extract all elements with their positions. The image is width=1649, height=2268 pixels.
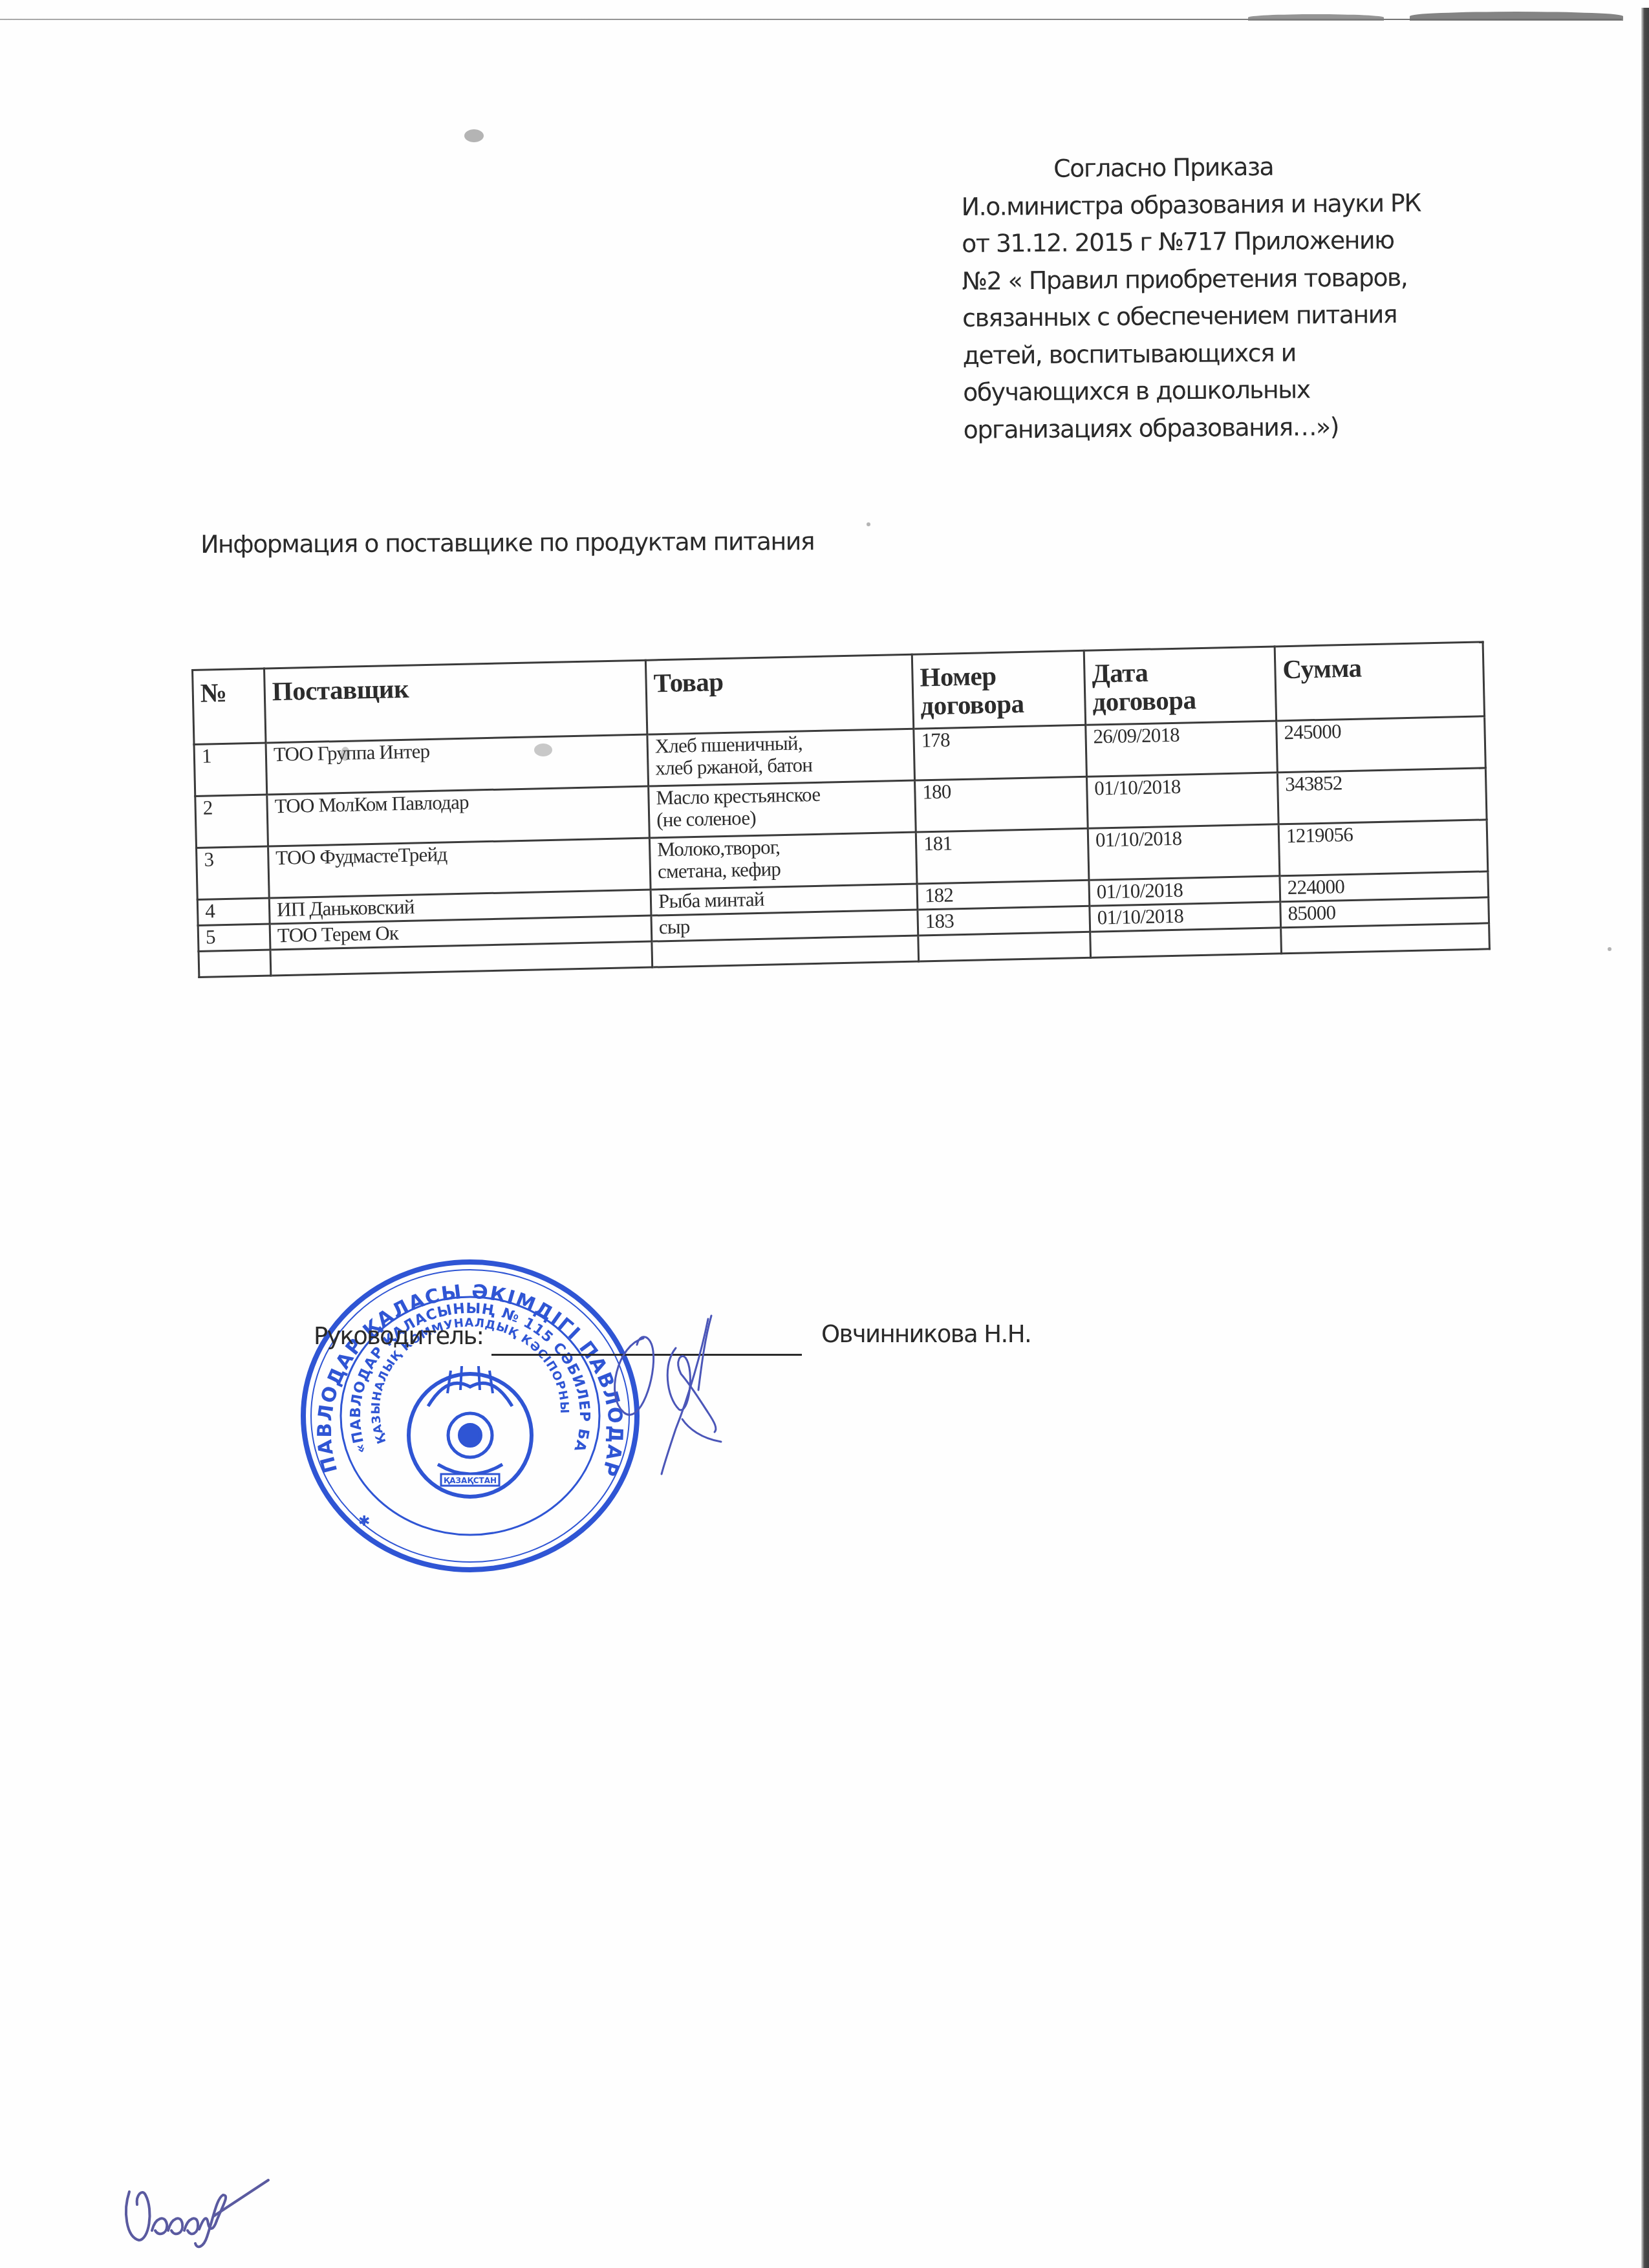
cell-contract-number: 182 [917, 880, 1090, 910]
cell-contract-number: 183 [918, 906, 1090, 936]
order-line: связанных с обеспечением питания [962, 295, 1480, 337]
cell-num: 5 [198, 924, 270, 951]
cell-supplier: ТОО ФудмастеТрейд [268, 838, 651, 898]
column-header-num: № [193, 669, 266, 744]
column-header-contract-number: Номер договора [912, 650, 1085, 729]
cell-contract-date: 01/10/2018 [1090, 902, 1281, 932]
cell-contract-number: 178 [914, 725, 1087, 780]
cell-num: 1 [194, 743, 267, 796]
cell-num: 4 [197, 898, 270, 925]
cell-contract-date: 01/10/2018 [1088, 824, 1280, 880]
cell-contract-number: 180 [915, 776, 1088, 832]
cell-contract-date: 01/10/2018 [1086, 773, 1278, 828]
cell-sum: 1219056 [1278, 820, 1488, 876]
column-header-goods: Товар [645, 654, 913, 734]
stamp-star-icon: ✱ [358, 1513, 370, 1529]
cell-contract-number [918, 932, 1091, 961]
cell-sum: 224000 [1280, 872, 1489, 902]
cell-num: 3 [197, 846, 270, 899]
cell-num [199, 950, 271, 977]
column-header-sum: Сумма [1275, 642, 1484, 721]
cell-contract-date [1090, 928, 1282, 957]
cell-sum: 343852 [1277, 768, 1487, 824]
scan-speck [1608, 947, 1611, 951]
cell-sum: 85000 [1280, 897, 1489, 928]
document-title: Информация о поставщике по продуктам пит… [200, 527, 814, 559]
cell-goods: Хлеб пшеничный, хлеб ржаной, батон [647, 729, 915, 786]
signatory-role-label: Руководитель: [314, 1322, 483, 1350]
order-line: от 31.12. 2015 г №717 Приложению [962, 221, 1479, 262]
official-stamp: ПАВЛОДАР ҚАЛАСЫ ӘКІМДІГІ ПАВЛОДАР ҚАЛАСЫ… [299, 1257, 641, 1574]
initials-signature [116, 2134, 285, 2263]
cell-contract-date: 01/10/2018 [1089, 876, 1280, 906]
column-header-contract-date: Дата договора [1084, 647, 1276, 725]
order-line: обучающихся в дошкольных [963, 370, 1480, 411]
signatory-name: Овчинникова Н.Н. [821, 1320, 1031, 1348]
cell-goods: Масло крестьянское (не соленое) [649, 780, 916, 838]
order-line: Согласно Приказа [961, 147, 1478, 188]
scan-speck [867, 522, 870, 526]
order-reference: Согласно Приказа И.о.министра образовани… [961, 147, 1481, 449]
scan-speck [464, 129, 484, 142]
stamp-emblem-label: ҚАЗАҚСТАН [444, 1476, 497, 1485]
supplier-table: № Поставщик Товар Номер договора Дата до… [191, 641, 1489, 978]
order-line: организациях образования…») [964, 407, 1481, 449]
cell-contract-date: 26/09/2018 [1086, 721, 1278, 776]
order-line: детей, воспитывающихся и [963, 333, 1480, 374]
cell-supplier: ТОО Группа Интер [266, 734, 649, 795]
order-line: №2 « Правил приобретения товаров, [962, 259, 1480, 300]
cell-num: 2 [195, 795, 268, 848]
scan-smudge [1410, 12, 1623, 21]
cell-goods: Молоко,творог, сметана, кефир [649, 832, 917, 890]
column-header-supplier: Поставщик [264, 660, 647, 743]
cell-sum: 245000 [1277, 716, 1486, 773]
cell-contract-number: 181 [916, 828, 1089, 884]
cell-goods [652, 936, 919, 967]
scan-edge-right [1641, 8, 1649, 2268]
cell-supplier: ТОО МолКом Павлодар [267, 786, 650, 846]
scan-smudge [1248, 14, 1384, 21]
order-line: И.о.министра образования и науки РК [962, 184, 1479, 226]
handwritten-signature [605, 1300, 773, 1481]
cell-sum [1281, 923, 1490, 954]
